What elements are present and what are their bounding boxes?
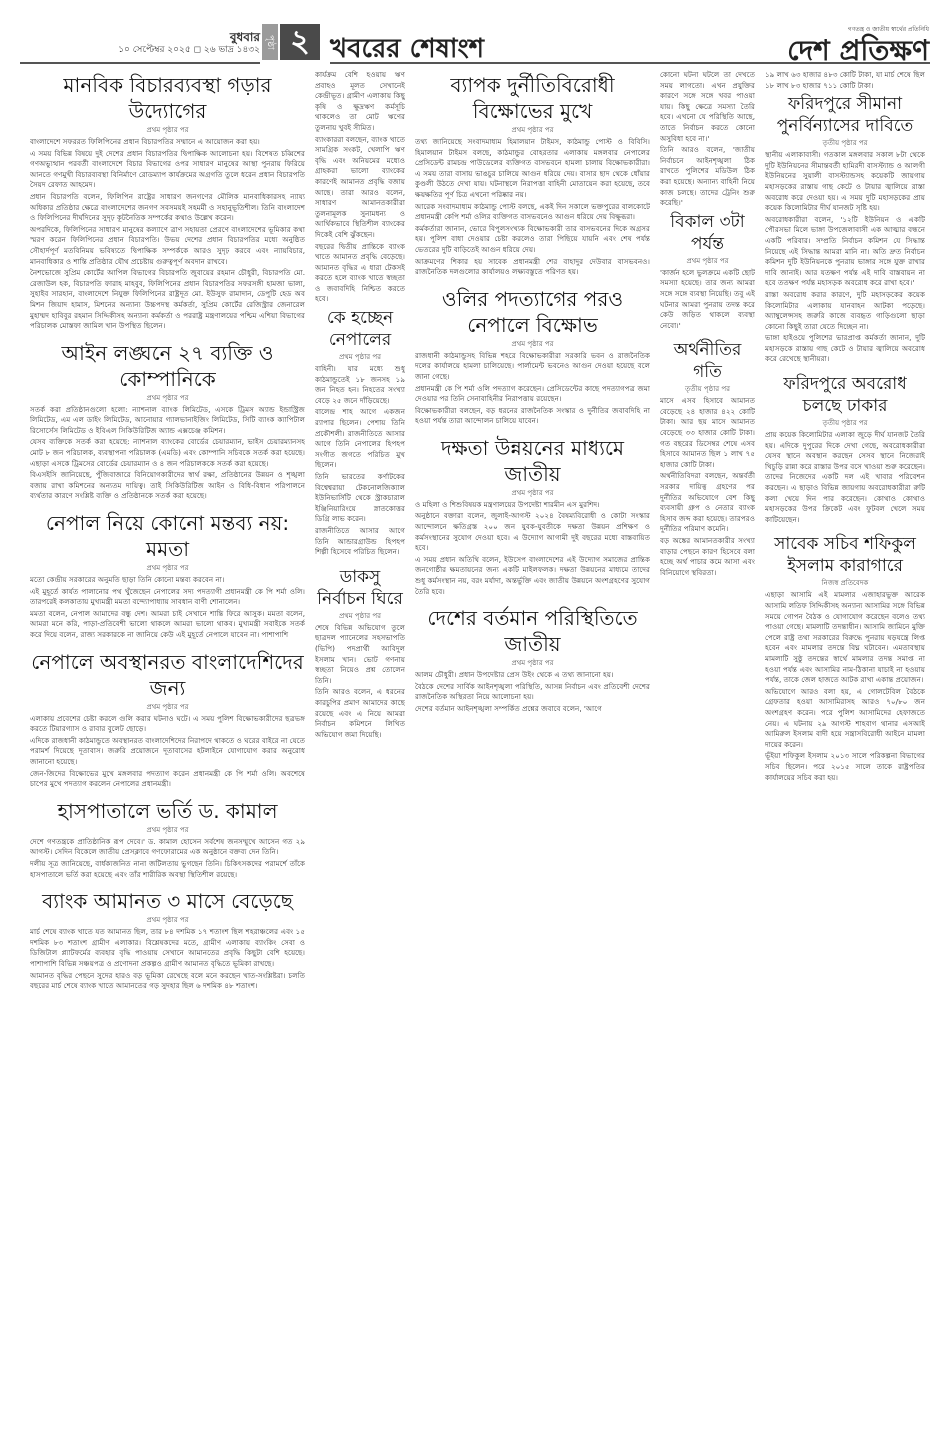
article-body: দেশে গণতন্ত্রকে প্রাতিষ্ঠানিক রূপ দেবে।'… xyxy=(30,837,305,880)
masthead-rule-right xyxy=(330,62,930,64)
headline: অর্থনীতির গতি xyxy=(660,339,755,383)
paragraph: প্রায় কয়েক কিলোমিটার এলাকা জুড়ে দীর্ঘ… xyxy=(765,430,925,525)
paragraph: সতর্ক করা প্রতিষ্ঠানগুলো হলো: ন্যাশনাল ব… xyxy=(30,405,305,437)
article-body: 'কার্জন হলে ভুলক্রমে একটি ছোট সমস্যা হয়… xyxy=(660,268,755,332)
paragraph: অনুষ্ঠানে বক্তারা বলেন, জুলাই-আগস্ট ২০২৪… xyxy=(415,511,650,553)
paragraph: ভাঙ্গা হাইওয়ে পুলিশের ভারপ্রাপ্ত কর্মকর… xyxy=(765,333,925,365)
paragraph: তিনি আরও বলেন, এ ধরনের কারচুপির প্রমাণ আ… xyxy=(315,687,405,740)
column-3: ব্যাপক দুর্নীতিবিরোধী বিক্ষোভের মুখে প্র… xyxy=(415,70,650,1440)
column-5: ১৯ লাখ ৬৩ হাজার ৪৮৩ কোটি টাকা, যা মার্চ … xyxy=(765,70,925,1440)
paragraph: রাজনীতিতে আসার আগে তিনি আন্ডারগ্রাউন্ড হ… xyxy=(315,526,405,558)
kicker: প্রথম পৃষ্ঠার পর xyxy=(30,393,305,403)
headline: নেপালে অবস্থানরত বাংলাদেশিদের জন্য xyxy=(30,649,305,701)
paragraph: স্থানীয় এলাকাবাসী। গতকাল মঙ্গলবার সকাল … xyxy=(765,150,925,214)
paragraph: মার্চ শেষে ব্যাংক খাতে যত আমানত ছিল, তার… xyxy=(30,927,305,969)
article-anti-corruption-protest: ব্যাপক দুর্নীতিবিরোধী বিক্ষোভের মুখে প্র… xyxy=(415,72,650,278)
paragraph: এই মুহূর্তে কার্যত পালানোর পথ খুঁজেছেন ন… xyxy=(30,587,305,608)
kicker: প্রথম পৃষ্ঠার পর xyxy=(415,658,650,668)
paragraph: ১৯ লাখ ৬৩ হাজার ৪৮৩ কোটি টাকা, যা মার্চ … xyxy=(765,70,925,91)
article-body: রাজধানী কাঠমান্ডুসহ বিভিন্ন শহরে বিক্ষোভ… xyxy=(415,351,650,427)
paragraph: বছরের দ্বিতীয় প্রান্তিকে ব্যাংক খাতে আম… xyxy=(315,242,405,306)
article-body: সতর্ক করা প্রতিষ্ঠানগুলো হলো: ন্যাশনাল ব… xyxy=(30,405,305,502)
kicker: তৃতীয় পৃষ্ঠার পর xyxy=(765,138,925,148)
paragraph: দেশের বর্তমান আইনশৃঙ্খলা সম্পর্কিত প্রশ্… xyxy=(415,704,650,715)
weekday: বুধবার xyxy=(40,30,260,44)
article-skills-development: দক্ষতা উন্নয়নের মাধ্যমে জাতীয় প্রথম পৃ… xyxy=(415,435,650,597)
kicker: প্রথম পৃষ্ঠার পর xyxy=(315,352,405,362)
paragraph: আলম চৌধুরী। প্রধান উপদেষ্টার প্রেস উইং থ… xyxy=(415,670,650,681)
paragraph: তিনি আরও বলেন, 'জাতীয় নির্বাচনে আইনশৃঙ্… xyxy=(660,145,755,209)
headline: সাবেক সচিব শফিকুল ইসলাম কারাগারে xyxy=(765,533,925,577)
article-body: আলম চৌধুরী। প্রধান উপদেষ্টার প্রেস উইং থ… xyxy=(415,670,650,714)
page-number: ২ xyxy=(280,24,320,60)
article-economy-pace: অর্থনীতির গতি তৃতীয় পৃষ্ঠার পর মাসে এসব… xyxy=(660,339,755,578)
column-2: কার্যক্রম বেশি হওয়ায় ঋণ প্রবাহও মূলত স… xyxy=(315,70,405,1440)
column-4: কোনো ঘটনা ঘটলে তা দেখতে সময় লাগতো। এখন … xyxy=(660,70,755,1440)
paragraph: তথ্য জানিয়েছে সংবাদমাধ্যম হিমালয়ান টাই… xyxy=(415,137,650,201)
headline: ব্যাংক আমানত ৩ মাসে বেড়েছে xyxy=(30,888,305,914)
continuation-text: কার্যক্রম বেশি হওয়ায় ঋণ প্রবাহও মূলত স… xyxy=(315,70,405,305)
news-page: মানবিক বিচারব্যবস্থা গড়ার উদ্যোগের প্রথ… xyxy=(30,70,925,1440)
headline: ব্যাপক দুর্নীতিবিরোধী বিক্ষোভের মুখে xyxy=(415,72,650,124)
paragraph: প্রধানমন্ত্রী কে পি শর্মা ওলি পদত্যাগ কর… xyxy=(415,384,650,405)
paragraph: তিনি ভারতের কর্ণাটকের বিশ্বেশ্বরায়া টেক… xyxy=(315,472,405,525)
article-faridpur-boundary: ফরিদপুরে সীমানা পুনর্বিন্যাসের দাবিতে তৃ… xyxy=(765,93,925,365)
masthead: বুধবার ১০ সেপ্টেম্বর ২০২৫ ◻ ২৬ ভাদ্র ১৪৩… xyxy=(0,0,945,60)
paragraph: আমানত বৃদ্ধির পেছনে সুদের হারও বড় ভূমিক… xyxy=(30,971,305,992)
article-ducsu: ডাকসু নির্বাচন ঘিরে প্রথম পৃষ্ঠার পর শেষ… xyxy=(315,566,405,741)
masthead-rule-left xyxy=(20,62,260,64)
paragraph: শেষে বিভিন্ন অভিযোগ তুলে ছাত্রদল প্যানেল… xyxy=(315,623,405,687)
paragraph: মাসে এসব হিসাবে আমানত বেড়েছে ২৪ হাজার ৪… xyxy=(660,396,755,470)
headline: বিকাল ৩টা পর্যন্ত xyxy=(660,211,755,255)
article-body: প্রায় কয়েক কিলোমিটার এলাকা জুড়ে দীর্ঘ… xyxy=(765,430,925,525)
paragraph: বিএসইসি জানিয়েছে, পুঁজিবাজারে বিনিয়োগক… xyxy=(30,470,305,502)
paragraph: ও মহিলা ও শিশুবিষয়ক মন্ত্রণালয়ের উপদেষ… xyxy=(415,500,650,511)
headline: নেপাল নিয়ে কোনো মন্তব্য নয়: মমতা xyxy=(30,510,305,562)
continuation-text: ১৯ লাখ ৬৩ হাজার ৪৮৩ কোটি টাকা, যা মার্চ … xyxy=(765,70,925,91)
article-body: মাসে এসব হিসাবে আমানত বেড়েছে ২৪ হাজার ৪… xyxy=(660,396,755,578)
headline: ফরিদপুরে অবরোধ চলছে ঢাকার xyxy=(765,373,925,417)
headline: ওলির পদত্যাগের পরও নেপালে বিক্ষোভ xyxy=(415,286,650,338)
headline: কে হচ্ছেন নেপালের xyxy=(315,307,405,351)
kicker: প্রথম পৃষ্ঠার পর xyxy=(415,339,650,349)
kicker: তৃতীয় পৃষ্ঠার পর xyxy=(660,384,755,394)
paragraph: অপরদিকে, ফিলিপিনের সাধারণ মানুষের কল্যাণ… xyxy=(30,225,305,267)
continuation-text: কোনো ঘটনা ঘটলে তা দেখতে সময় লাগতো। এখন … xyxy=(660,70,755,209)
headline: আইন লঙ্ঘনে ২৭ ব্যক্তি ও কোম্পানিকে xyxy=(30,340,305,392)
newspaper-logo: গণতন্ত্র ও জাতীয় স্বার্থের প্রতিনিধি দে… xyxy=(787,24,929,67)
paragraph: দলীয় সূত্র জানিয়েছে, বার্ধক্যজনিত নানা… xyxy=(30,859,305,880)
article-body: শেষে বিভিন্ন অভিযোগ তুলে ছাত্রদল প্যানেল… xyxy=(315,623,405,741)
article-former-secretary-jailed: সাবেক সচিব শফিকুল ইসলাম কারাগারে নিজস্ব … xyxy=(765,533,925,783)
kicker: প্রথম পৃষ্ঠার পর xyxy=(30,125,305,135)
paragraph: দেশে গণতন্ত্রকে প্রাতিষ্ঠানিক রূপ দেবে।'… xyxy=(30,837,305,858)
kicker: প্রথম পৃষ্ঠার পর xyxy=(315,611,405,621)
article-voting-until-3pm: বিকাল ৩টা পর্যন্ত প্রথম পৃষ্ঠার পর 'কার্… xyxy=(660,211,755,332)
paragraph: কর্মকর্তারা জানান, ভোরে বিপুলসংখ্যক বিক্… xyxy=(415,224,650,256)
headline: দক্ষতা উন্নয়নের মাধ্যমে জাতীয় xyxy=(415,435,650,487)
article-bsec-warning: আইন লঙ্ঘনে ২৭ ব্যক্তি ও কোম্পানিকে প্রথম… xyxy=(30,340,305,502)
paragraph: নৈশভোজে সুপ্রিম কোর্টের আপিল বিভাগের বিচ… xyxy=(30,268,305,332)
headline: হাসপাতালে ভর্তি ড. কামাল xyxy=(30,798,305,824)
paragraph: এছাড়া আসামি এই মামলার এজাহারভুক্ত আরেক … xyxy=(765,590,925,685)
article-nepal-pm: কে হচ্ছেন নেপালের প্রথম পৃষ্ঠার পর বাহিন… xyxy=(315,307,405,558)
paragraph: বাংলাদেশে সফররত ফিলিপিনের প্রধান বিচারপত… xyxy=(30,137,305,148)
kicker: নিজস্ব প্রতিবেদক xyxy=(765,578,925,588)
article-bangladeshis-in-nepal: নেপালে অবস্থানরত বাংলাদেশিদের জন্য প্রথম… xyxy=(30,649,305,790)
paragraph: অবরোধকারীরা বলেন, '১২টি ইউনিয়ন ও একটি প… xyxy=(765,215,925,289)
paragraph: বালেন্দ্র শাহ আগে একজন র‍্যাপার ছিলেন। প… xyxy=(315,407,405,471)
paragraph: মতো কেন্দ্রীয় সরকারের অনুমতি ছাড়া তিনি… xyxy=(30,575,305,586)
kicker: প্রথম পৃষ্ঠার পর xyxy=(30,825,305,835)
date-line: ১০ সেপ্টেম্বর ২০২৫ ◻ ২৬ ভাদ্র ১৪৩২ xyxy=(40,44,260,56)
article-body: স্থানীয় এলাকাবাসী। গতকাল মঙ্গলবার সকাল … xyxy=(765,150,925,365)
kicker: তৃতীয় পৃষ্ঠার পর xyxy=(765,418,925,428)
paragraph: রাজধানী কাঠমান্ডুসহ বিভিন্ন শহরে বিক্ষোভ… xyxy=(415,351,650,383)
issue-date: বুধবার ১০ সেপ্টেম্বর ২০২৫ ◻ ২৬ ভাদ্র ১৪৩… xyxy=(40,30,260,56)
paragraph: এলাকায় প্রবেশের চেষ্টা করলে গুলি করার ঘ… xyxy=(30,714,305,735)
paragraph: কোনো ঘটনা ঘটলে তা দেখতে সময় লাগতো। এখন … xyxy=(660,70,755,144)
paragraph: এ সময় প্রধান অতিথি বলেন, ইউসেপ বাংলাদেশ… xyxy=(415,555,650,597)
paragraph: এদিকে রাজধানী কাঠমান্ডুতে অবস্থানরত বাংল… xyxy=(30,736,305,768)
headline: মানবিক বিচারব্যবস্থা গড়ার উদ্যোগের xyxy=(30,72,305,124)
article-body: মার্চ শেষে ব্যাংক খাতে যত আমানত ছিল, তার… xyxy=(30,927,305,992)
article-mamata-nepal: নেপাল নিয়ে কোনো মন্তব্য নয়: মমতা প্রথম… xyxy=(30,510,305,641)
article-dr-kamal: হাসপাতালে ভর্তি ড. কামাল প্রথম পৃষ্ঠার প… xyxy=(30,798,305,880)
article-body: ও মহিলা ও শিশুবিষয়ক মন্ত্রণালয়ের উপদেষ… xyxy=(415,500,650,597)
paragraph: এ সময় বিভিন্ন বিষয়ে দুই দেশের প্রধান ব… xyxy=(30,149,305,191)
paragraph: রাস্তা অবরোধ করার কারণে, দুটি মহাসড়কের … xyxy=(765,290,925,332)
kicker: প্রথম পৃষ্ঠার পর xyxy=(660,256,755,266)
article-oli-resignation: ওলির পদত্যাগের পরও নেপালে বিক্ষোভ প্রথম … xyxy=(415,286,650,427)
paragraph: কার্যক্রম বেশি হওয়ায় ঋণ প্রবাহও মূলত স… xyxy=(315,70,405,134)
kicker: প্রথম পৃষ্ঠার পর xyxy=(30,563,305,573)
article-body: মতো কেন্দ্রীয় সরকারের অনুমতি ছাড়া তিনি… xyxy=(30,575,305,641)
article-body: এলাকায় প্রবেশের চেষ্টা করলে গুলি করার ঘ… xyxy=(30,714,305,790)
paragraph: যেসব ব্যক্তিকে সতর্ক করা হয়েছে: ন্যাশনা… xyxy=(30,437,305,469)
article-judiciary: মানবিক বিচারব্যবস্থা গড়ার উদ্যোগের প্রথ… xyxy=(30,72,305,332)
paragraph: বড় অঙ্কের আমানতকারীর সংখ্যা বাড়ার পেছন… xyxy=(660,536,755,578)
paragraph: অভিযোগে আরও বলা হয়, এ গোলটেবিল বৈঠকে গ্… xyxy=(765,687,925,751)
paragraph: আরেক সংবাদমাধ্যম কাঠমান্ডু পোস্ট বলছে, এ… xyxy=(415,202,650,223)
article-body: এছাড়া আসামি এই মামলার এজাহারভুক্ত আরেক … xyxy=(765,590,925,783)
kicker: প্রথম পৃষ্ঠার পর xyxy=(30,915,305,925)
kicker: প্রথম পৃষ্ঠার পর xyxy=(415,488,650,498)
paragraph: জেন-জিদের বিক্ষোভের মুখে মঙ্গলবার পদত্যা… xyxy=(30,769,305,790)
paragraph: ভূঁইয়া শফিকুল ইসলাম ২০১৩ সালে পরিকল্পনা… xyxy=(765,751,925,783)
article-body: বাহিনী। যার মধ্যে শুধু কাঠমান্ডুতেই ১৮ জ… xyxy=(315,364,405,558)
column-1: মানবিক বিচারব্যবস্থা গড়ার উদ্যোগের প্রথ… xyxy=(30,70,305,1440)
paragraph: 'কার্জন হলে ভুলক্রমে একটি ছোট সমস্যা হয়… xyxy=(660,268,755,332)
headline: দেশের বর্তমান পরিস্থিতিতে জাতীয় xyxy=(415,605,650,657)
article-current-situation: দেশের বর্তমান পরিস্থিতিতে জাতীয় প্রথম প… xyxy=(415,605,650,714)
paragraph: অর্থনীতিবিদরা বলছেন, অন্তর্বর্তী সরকার দ… xyxy=(660,471,755,535)
article-bank-deposits: ব্যাংক আমানত ৩ মাসে বেড়েছে প্রথম পৃষ্ঠা… xyxy=(30,888,305,992)
kicker: প্রথম পৃষ্ঠার পর xyxy=(415,125,650,135)
paragraph: বৈঠকে দেশের সার্বিক আইনশৃঙ্খলা পরিস্থিতি… xyxy=(415,682,650,703)
kicker: প্রথম পৃষ্ঠার পর xyxy=(30,702,305,712)
section-title: খবরের শেষাংশ xyxy=(330,28,484,72)
paragraph: প্রধান বিচারপতি বলেন, ফিলিপিন রাষ্ট্রের … xyxy=(30,192,305,224)
headline: ডাকসু নির্বাচন ঘিরে xyxy=(315,566,405,610)
paragraph: আক্রমণের শিকার হয় সাবেক প্রধানমন্ত্রী শ… xyxy=(415,257,650,278)
article-faridpur-blockade: ফরিদপুরে অবরোধ চলছে ঢাকার তৃতীয় পৃষ্ঠার… xyxy=(765,373,925,525)
article-body: তথ্য জানিয়েছে সংবাদমাধ্যম হিমালয়ান টাই… xyxy=(415,137,650,278)
article-body: বাংলাদেশে সফররত ফিলিপিনের প্রধান বিচারপত… xyxy=(30,137,305,332)
headline: ফরিদপুরে সীমানা পুনর্বিন্যাসের দাবিতে xyxy=(765,93,925,137)
paragraph: বিক্ষোভকারীরা বলছেন, বড় ধরনের রাজনৈতিক … xyxy=(415,406,650,427)
paragraph: বাহিনী। যার মধ্যে শুধু কাঠমান্ডুতেই ১৮ জ… xyxy=(315,364,405,406)
paragraph: ব্যাংকাররা বলছেন, ব্যাংক খাতে সামগ্রিক স… xyxy=(315,135,405,241)
page-label: পৃষ্ঠা xyxy=(262,24,278,60)
paragraph: মমতা বলেন, নেপাল আমাদের বন্ধু দেশ। আমরা … xyxy=(30,609,305,641)
